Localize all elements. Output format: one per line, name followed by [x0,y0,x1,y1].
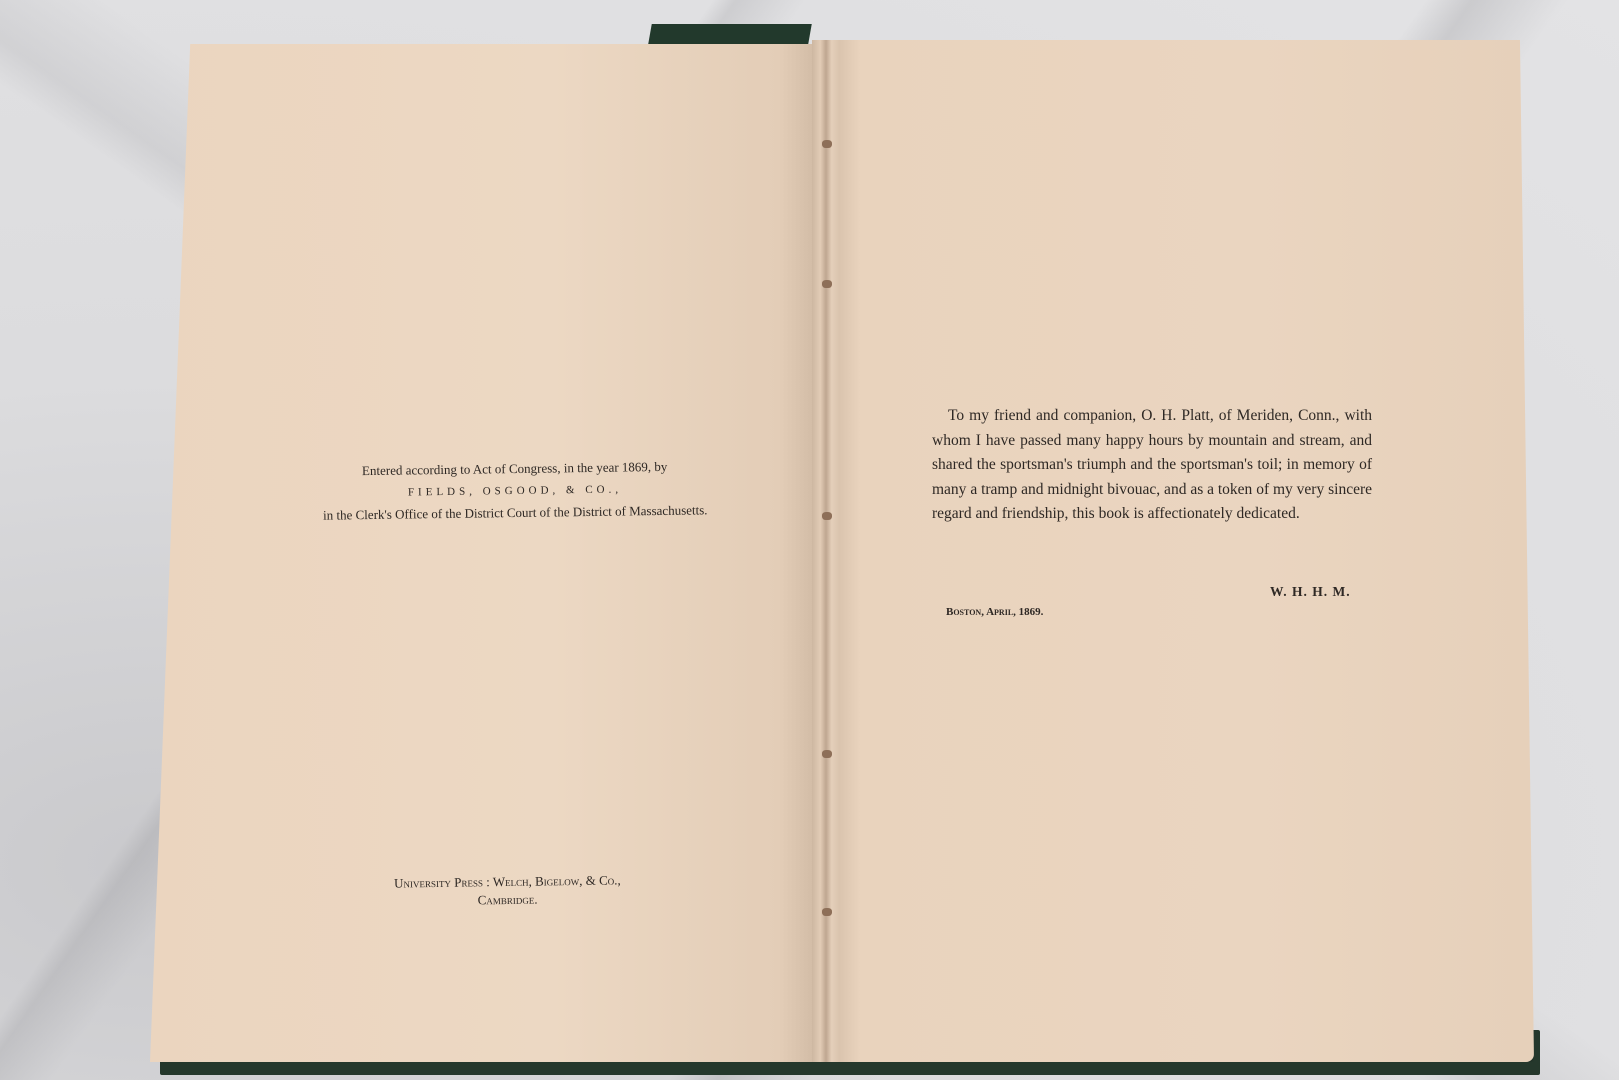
place-and-date: Boston, April, 1869. [946,606,1043,618]
spine-stitch [822,280,832,288]
spine-stitch [822,750,832,758]
printer-imprint: University Press : Welch, Bigelow, & Co.… [355,871,660,911]
spine-stitch [822,908,832,916]
spine-stitch [822,512,832,520]
spine-stitch [822,140,832,148]
copyright-notice: Entered according to Act of Congress, in… [300,455,731,527]
dedication-text: To my friend and companion, O. H. Platt,… [932,404,1372,527]
author-initials: W. H. H. M. [1270,584,1351,600]
book-cover-top-edge [648,24,812,44]
right-page [832,40,1534,1062]
